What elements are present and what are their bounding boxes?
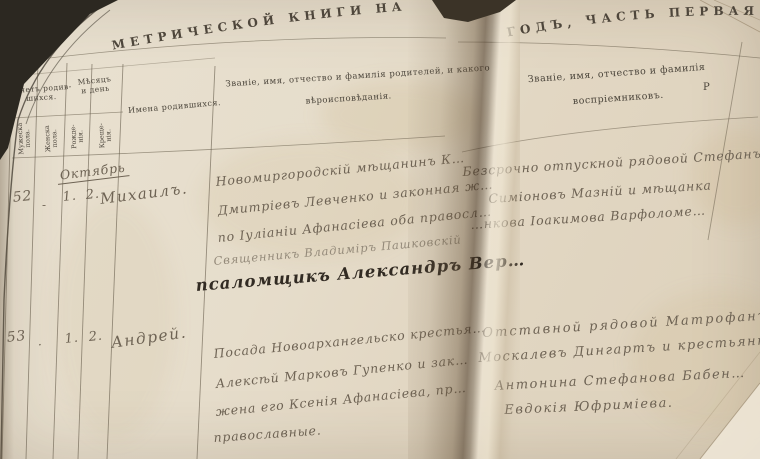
header-names-column: Имена родившихся. bbox=[128, 98, 222, 115]
entry-child-name: Андрей. bbox=[110, 323, 188, 351]
page-edge-line bbox=[714, 0, 760, 20]
header-female-label: Женска пола. bbox=[44, 123, 60, 154]
entry-child-name: Михаилъ. bbox=[99, 179, 189, 208]
header-count-group: Счетъ родив- шихся. bbox=[13, 82, 68, 104]
header-godparents-column: Званіе, имя, отчество и фамилія воспріем… bbox=[499, 54, 737, 120]
header-next-column-partial: Р bbox=[703, 82, 710, 93]
entry-number: 52 bbox=[12, 188, 33, 206]
entry-godparents-line: Безсрочно отпускной рядовой Стефанъ bbox=[462, 146, 760, 179]
entry-godparents-line: …нкова Іоакимова Варфоломе… bbox=[470, 203, 706, 232]
header-baptism-label: Креще- нія. bbox=[98, 119, 115, 152]
title-underline-left bbox=[16, 38, 446, 63]
header-male-column: Мужеска пола. bbox=[10, 115, 39, 160]
book-title-right: ГОДЪ, ЧАСТЬ ПЕРВАЯ, bbox=[0, 0, 759, 39]
page-curl bbox=[700, 383, 760, 459]
header-birth-label: Рожде- нія. bbox=[70, 122, 86, 151]
header-bottom-line-right bbox=[462, 117, 758, 152]
entry-baptism-day: 2. bbox=[88, 329, 104, 345]
page-frame-inner-line bbox=[26, 10, 110, 124]
entry-godparents-line: Евдокія Юфриміева. bbox=[504, 396, 674, 418]
page-edge-line bbox=[700, 0, 760, 32]
metrical-book-photo: МЕТРИЧЕСКОЙ КНИГИ НА ГОДЪ, ЧАСТЬ ПЕРВАЯ,… bbox=[0, 0, 760, 459]
left-page-edge-shade bbox=[0, 120, 14, 459]
entry-number: 53 bbox=[6, 328, 27, 346]
entry-birth-day: 1. bbox=[64, 331, 80, 347]
header-parents-column: Званіе, имя, отчество и фамилія родителе… bbox=[225, 59, 471, 118]
paper-stain bbox=[55, 200, 175, 440]
entry-female-mark: - bbox=[42, 198, 47, 212]
entry-godparents-line: Симіоновъ Мазній и мѣщанка bbox=[488, 177, 712, 206]
book-title-left-text: МЕТРИЧЕСКОЙ КНИГИ НА bbox=[111, 0, 407, 53]
entry-month-label: Октябрь bbox=[56, 159, 129, 185]
table-line bbox=[197, 66, 215, 459]
entry-parents-line: православные. bbox=[213, 422, 322, 445]
entry-female-mark: · bbox=[38, 338, 43, 352]
header-baptism-day-column: Креще- нія. bbox=[89, 112, 123, 158]
gutter-top-shadow bbox=[428, 0, 523, 30]
header-male-label: Мужеска пола. bbox=[16, 122, 33, 155]
header-month-day-group: Мѣсяцъ и день bbox=[69, 73, 121, 96]
page-frame-line bbox=[1, 6, 102, 459]
book-title-right-text: ГОДЪ, ЧАСТЬ ПЕРВАЯ, bbox=[0, 0, 759, 39]
book-title-left: МЕТРИЧЕСКОЙ КНИГИ НА bbox=[111, 0, 407, 53]
entry-godparents-line: Антонина Стефанова Бабен… bbox=[494, 366, 746, 394]
entry-birth-day: 1. bbox=[62, 189, 78, 205]
corner-ink-mark: 1. bbox=[58, 5, 73, 20]
page-curl-line bbox=[700, 383, 760, 459]
